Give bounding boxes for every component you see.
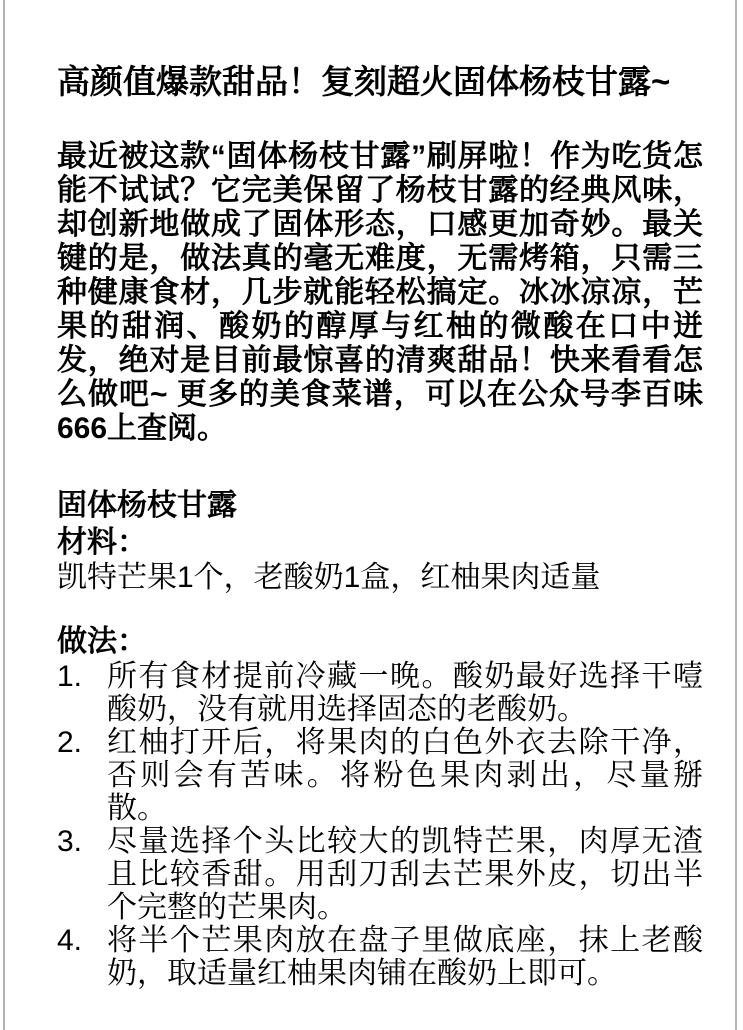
page-title: 高颜值爆款甜品！复刻超火固体杨枝甘露~ — [57, 62, 703, 102]
step-number: 1. — [57, 660, 107, 693]
step-text: 尽量选择个头比较大的凯特芒果，肉厚无渣且比较香甜。用刮刀刮去芒果外皮，切出半个完… — [107, 825, 703, 924]
step-item: 4. 将半个芒果肉放在盘子里做底座，抹上老酸奶，取适量红柚果肉铺在酸奶上即可。 — [57, 924, 703, 990]
recipe-title: 固体杨枝甘露 — [57, 487, 703, 524]
step-text: 将半个芒果肉放在盘子里做底座，抹上老酸奶，取适量红柚果肉铺在酸奶上即可。 — [107, 924, 703, 990]
step-item: 3. 尽量选择个头比较大的凯特芒果，肉厚无渣且比较香甜。用刮刀刮去芒果外皮，切出… — [57, 825, 703, 924]
ingredients-text: 凯特芒果1个，老酸奶1盒，红柚果肉适量 — [57, 561, 703, 595]
step-item: 2. 红柚打开后，将果肉的白色外衣去除干净，否则会有苦味。将粉色果肉剥出，尽量掰… — [57, 726, 703, 825]
step-text: 所有食材提前冷藏一晚。酸奶最好选择干噎酸奶，没有就用选择固态的老酸奶。 — [107, 660, 703, 726]
recipe-section: 固体杨枝甘露 材料： 凯特芒果1个，老酸奶1盒，红柚果肉适量 做法： 1. 所有… — [57, 487, 703, 990]
steps-label: 做法： — [57, 623, 703, 660]
intro-paragraph: 最近被这款“固体杨枝甘露”刷屏啦！作为吃货怎能不试试？它完美保留了杨枝甘露的经典… — [57, 140, 703, 446]
step-item: 1. 所有食材提前冷藏一晚。酸奶最好选择干噎酸奶，没有就用选择固态的老酸奶。 — [57, 660, 703, 726]
step-number: 3. — [57, 825, 107, 858]
steps-list: 1. 所有食材提前冷藏一晚。酸奶最好选择干噎酸奶，没有就用选择固态的老酸奶。 2… — [57, 660, 703, 990]
step-number: 2. — [57, 726, 107, 759]
document-page: 高颜值爆款甜品！复刻超火固体杨枝甘露~ 最近被这款“固体杨枝甘露”刷屏啦！作为吃… — [3, 0, 737, 1030]
ingredients-label: 材料： — [57, 524, 703, 561]
step-text: 红柚打开后，将果肉的白色外衣去除干净，否则会有苦味。将粉色果肉剥出，尽量掰散。 — [107, 726, 703, 825]
step-number: 4. — [57, 924, 107, 957]
